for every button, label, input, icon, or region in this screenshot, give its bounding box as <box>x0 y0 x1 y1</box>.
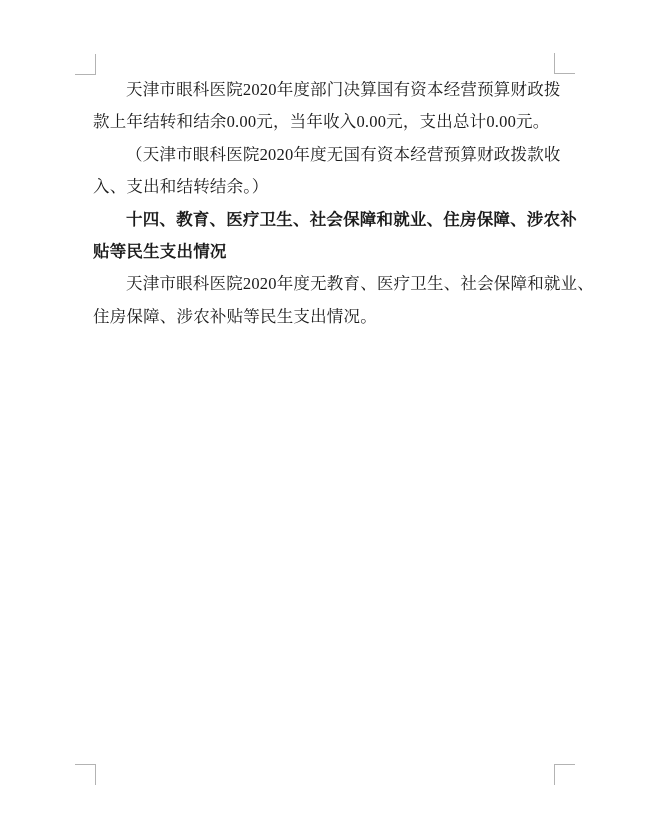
crop-mark-top-left <box>75 54 96 75</box>
crop-mark-top-right <box>554 53 575 74</box>
paragraph-line: （天津市眼科医院2020年度无国有资本经营预算财政拨款收 <box>93 139 555 171</box>
crop-mark-bottom-left <box>75 764 96 785</box>
paragraph-line: 款上年结转和结余0.00元，当年收入0.00元，支出总计0.00元。 <box>93 106 555 138</box>
heading-line: 贴等民生支出情况 <box>93 236 555 268</box>
paragraph-line: 天津市眼科医院2020年度部门决算国有资本经营预算财政拨 <box>93 74 555 106</box>
paragraph-line: 入、支出和结转结余。） <box>93 171 555 203</box>
heading-line: 十四、教育、医疗卫生、社会保障和就业、住房保障、涉农补 <box>93 204 555 236</box>
crop-mark-bottom-right <box>554 764 575 785</box>
document-body: 天津市眼科医院2020年度部门决算国有资本经营预算财政拨款上年结转和结余0.00… <box>93 74 555 333</box>
document-page: 天津市眼科医院2020年度部门决算国有资本经营预算财政拨款上年结转和结余0.00… <box>0 0 646 835</box>
paragraph-line: 住房保障、涉农补贴等民生支出情况。 <box>93 301 555 333</box>
paragraph-line: 天津市眼科医院2020年度无教育、医疗卫生、社会保障和就业、 <box>93 268 555 300</box>
